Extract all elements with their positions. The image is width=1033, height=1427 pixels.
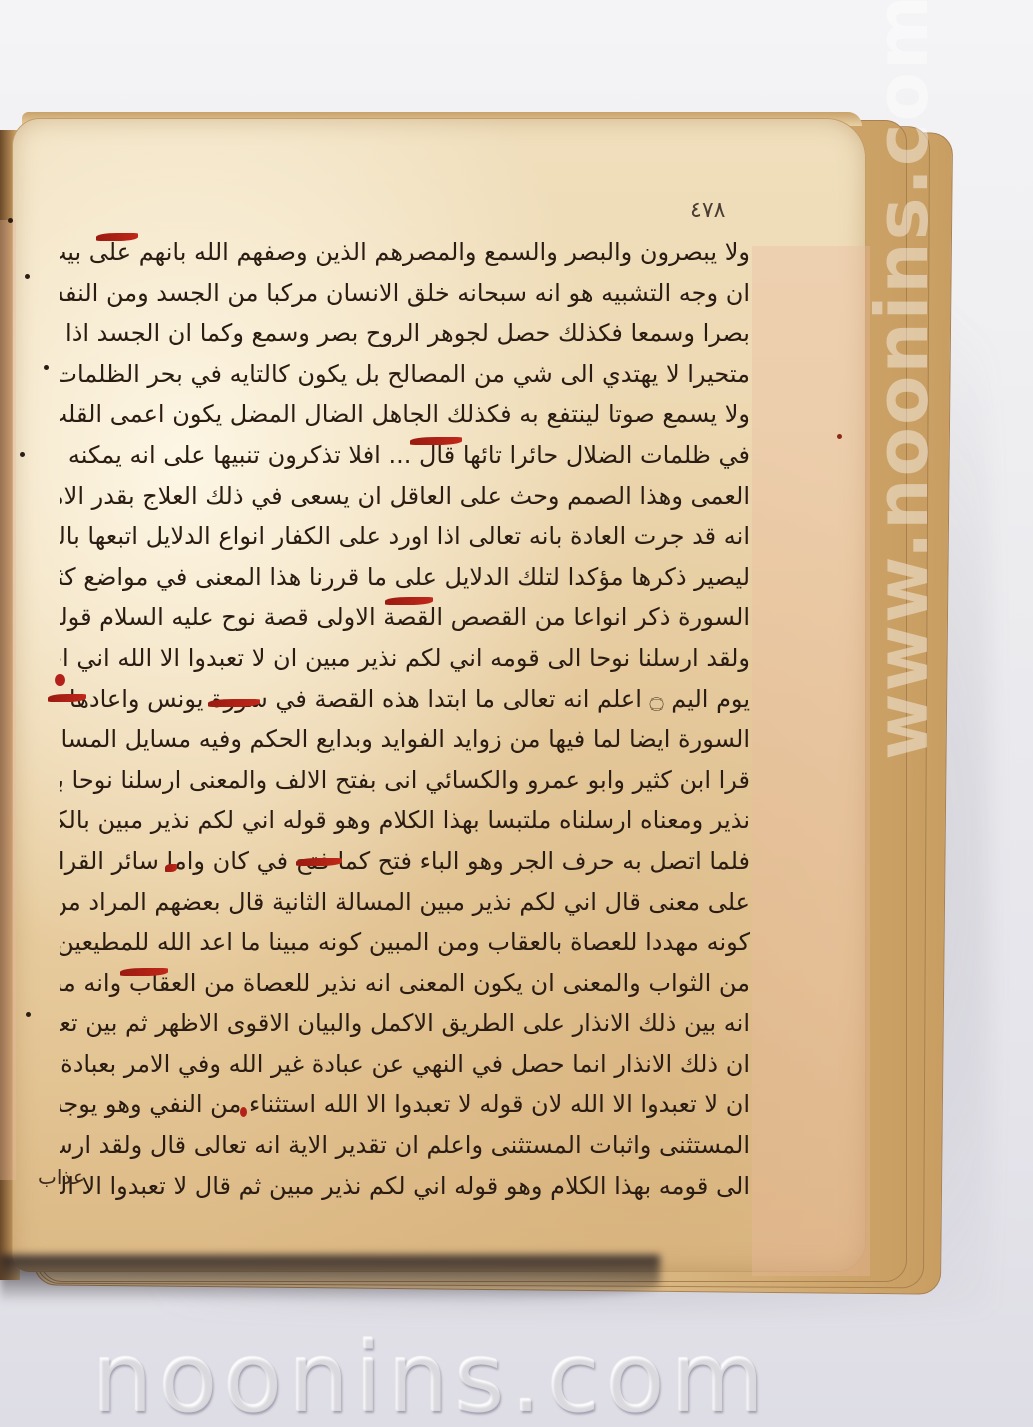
- text-line: ان وجه التشبيه هو انه سبحانه خلق الانسان…: [60, 273, 750, 314]
- text-line: يوم اليم ۝ اعلم انه تعالى ما ابتدا هذه ا…: [60, 679, 750, 720]
- text-line: كونه مهددا للعصاة بالعقاب ومن المبين كون…: [60, 922, 750, 963]
- text-line: بصرا وسمعا فكذلك حصل لجوهر الروح بصر وسم…: [60, 313, 750, 354]
- ink-spot: [20, 452, 25, 457]
- folio-number: ٤٧٨: [690, 198, 725, 223]
- text-line: قرا ابن كثير وابو عمرو والكسائي انى بفتح…: [60, 760, 750, 801]
- rubric-overline: [296, 858, 342, 866]
- text-line: العمى وهذا الصمم وحث على العاقل ان يسعى …: [60, 476, 750, 517]
- ink-spot: [837, 434, 842, 439]
- watermark-bottom: noonins.com: [92, 1322, 770, 1427]
- watermark-vertical-text: www.noonins.com: [860, 0, 944, 760]
- rubric-overline: [120, 968, 168, 976]
- rubric-overline: [385, 597, 433, 605]
- rubric-dot: [240, 1107, 247, 1117]
- text-line: في ظلمات الضلال حائرا تائها قال ... افلا…: [60, 435, 750, 476]
- text-line: ليصير ذكرها مؤكدا لتلك الدلايل على ما قر…: [60, 557, 750, 598]
- rubric-overline: [48, 694, 86, 702]
- bottom-shadow: [0, 1255, 660, 1303]
- text-line: انه بين ذلك الانذار على الطريق الاكمل وا…: [60, 1003, 750, 1044]
- manuscript-text-block: ولا يبصرون والبصر والسمع والمصرهم الذين …: [60, 232, 750, 1206]
- ink-spot: [26, 1012, 31, 1017]
- text-line: السورة ايضا لما فيها من زوايد الفوايد وب…: [60, 719, 750, 760]
- ink-spot: [44, 365, 49, 370]
- watermark-strip-left: [0, 220, 16, 1180]
- text-line: الى قومه بهذا الكلام وهو قوله اني لكم نذ…: [60, 1166, 750, 1207]
- text-line: فلما اتصل به حرف الجر وهو الباء فتح كما …: [60, 841, 750, 882]
- ink-spot: [25, 274, 30, 279]
- text-line: انه قد جرت العادة بانه تعالى اذا اورد عل…: [60, 516, 750, 557]
- text-line: على معنى قال اني لكم نذير مبين المسالة ا…: [60, 882, 750, 923]
- catchword: عذاب: [38, 1165, 85, 1189]
- ink-spot: [8, 218, 13, 223]
- rubric-overline: [410, 437, 462, 445]
- rubric-overline: [165, 864, 177, 872]
- watermark-strip-right: [752, 246, 870, 1276]
- text-line: ان ذلك الانذار انما حصل في النهي عن عباد…: [60, 1044, 750, 1085]
- rubric-overline: [96, 233, 138, 241]
- text-line: نذير ومعناه ارسلناه ملتبسا بهذا الكلام و…: [60, 800, 750, 841]
- watermark-vertical: www.noonins.com©: [860, 0, 944, 760]
- rubric-overline: [208, 699, 260, 707]
- text-line: متحيرا لا يهتدي الى شي من المصالح بل يكو…: [60, 354, 750, 395]
- text-line: ولا يبصرون والبصر والسمع والمصرهم الذين …: [60, 232, 750, 273]
- text-line: ان لا تعبدوا الا الله لان قوله لا تعبدوا…: [60, 1084, 750, 1125]
- text-line: ولا يسمع صوتا لينتفع به فكذلك الجاهل الض…: [60, 394, 750, 435]
- text-line: المستثنى واثبات المستثنى واعلم ان تقدير …: [60, 1125, 750, 1166]
- manuscript-photo: ٤٧٨ ولا يبصرون والبصر والسمع والمصرهم ال…: [0, 0, 1033, 1427]
- verse-marker-icon: [55, 674, 65, 686]
- text-line: ولقد ارسلنا نوحا الى قومه اني لكم نذير م…: [60, 638, 750, 679]
